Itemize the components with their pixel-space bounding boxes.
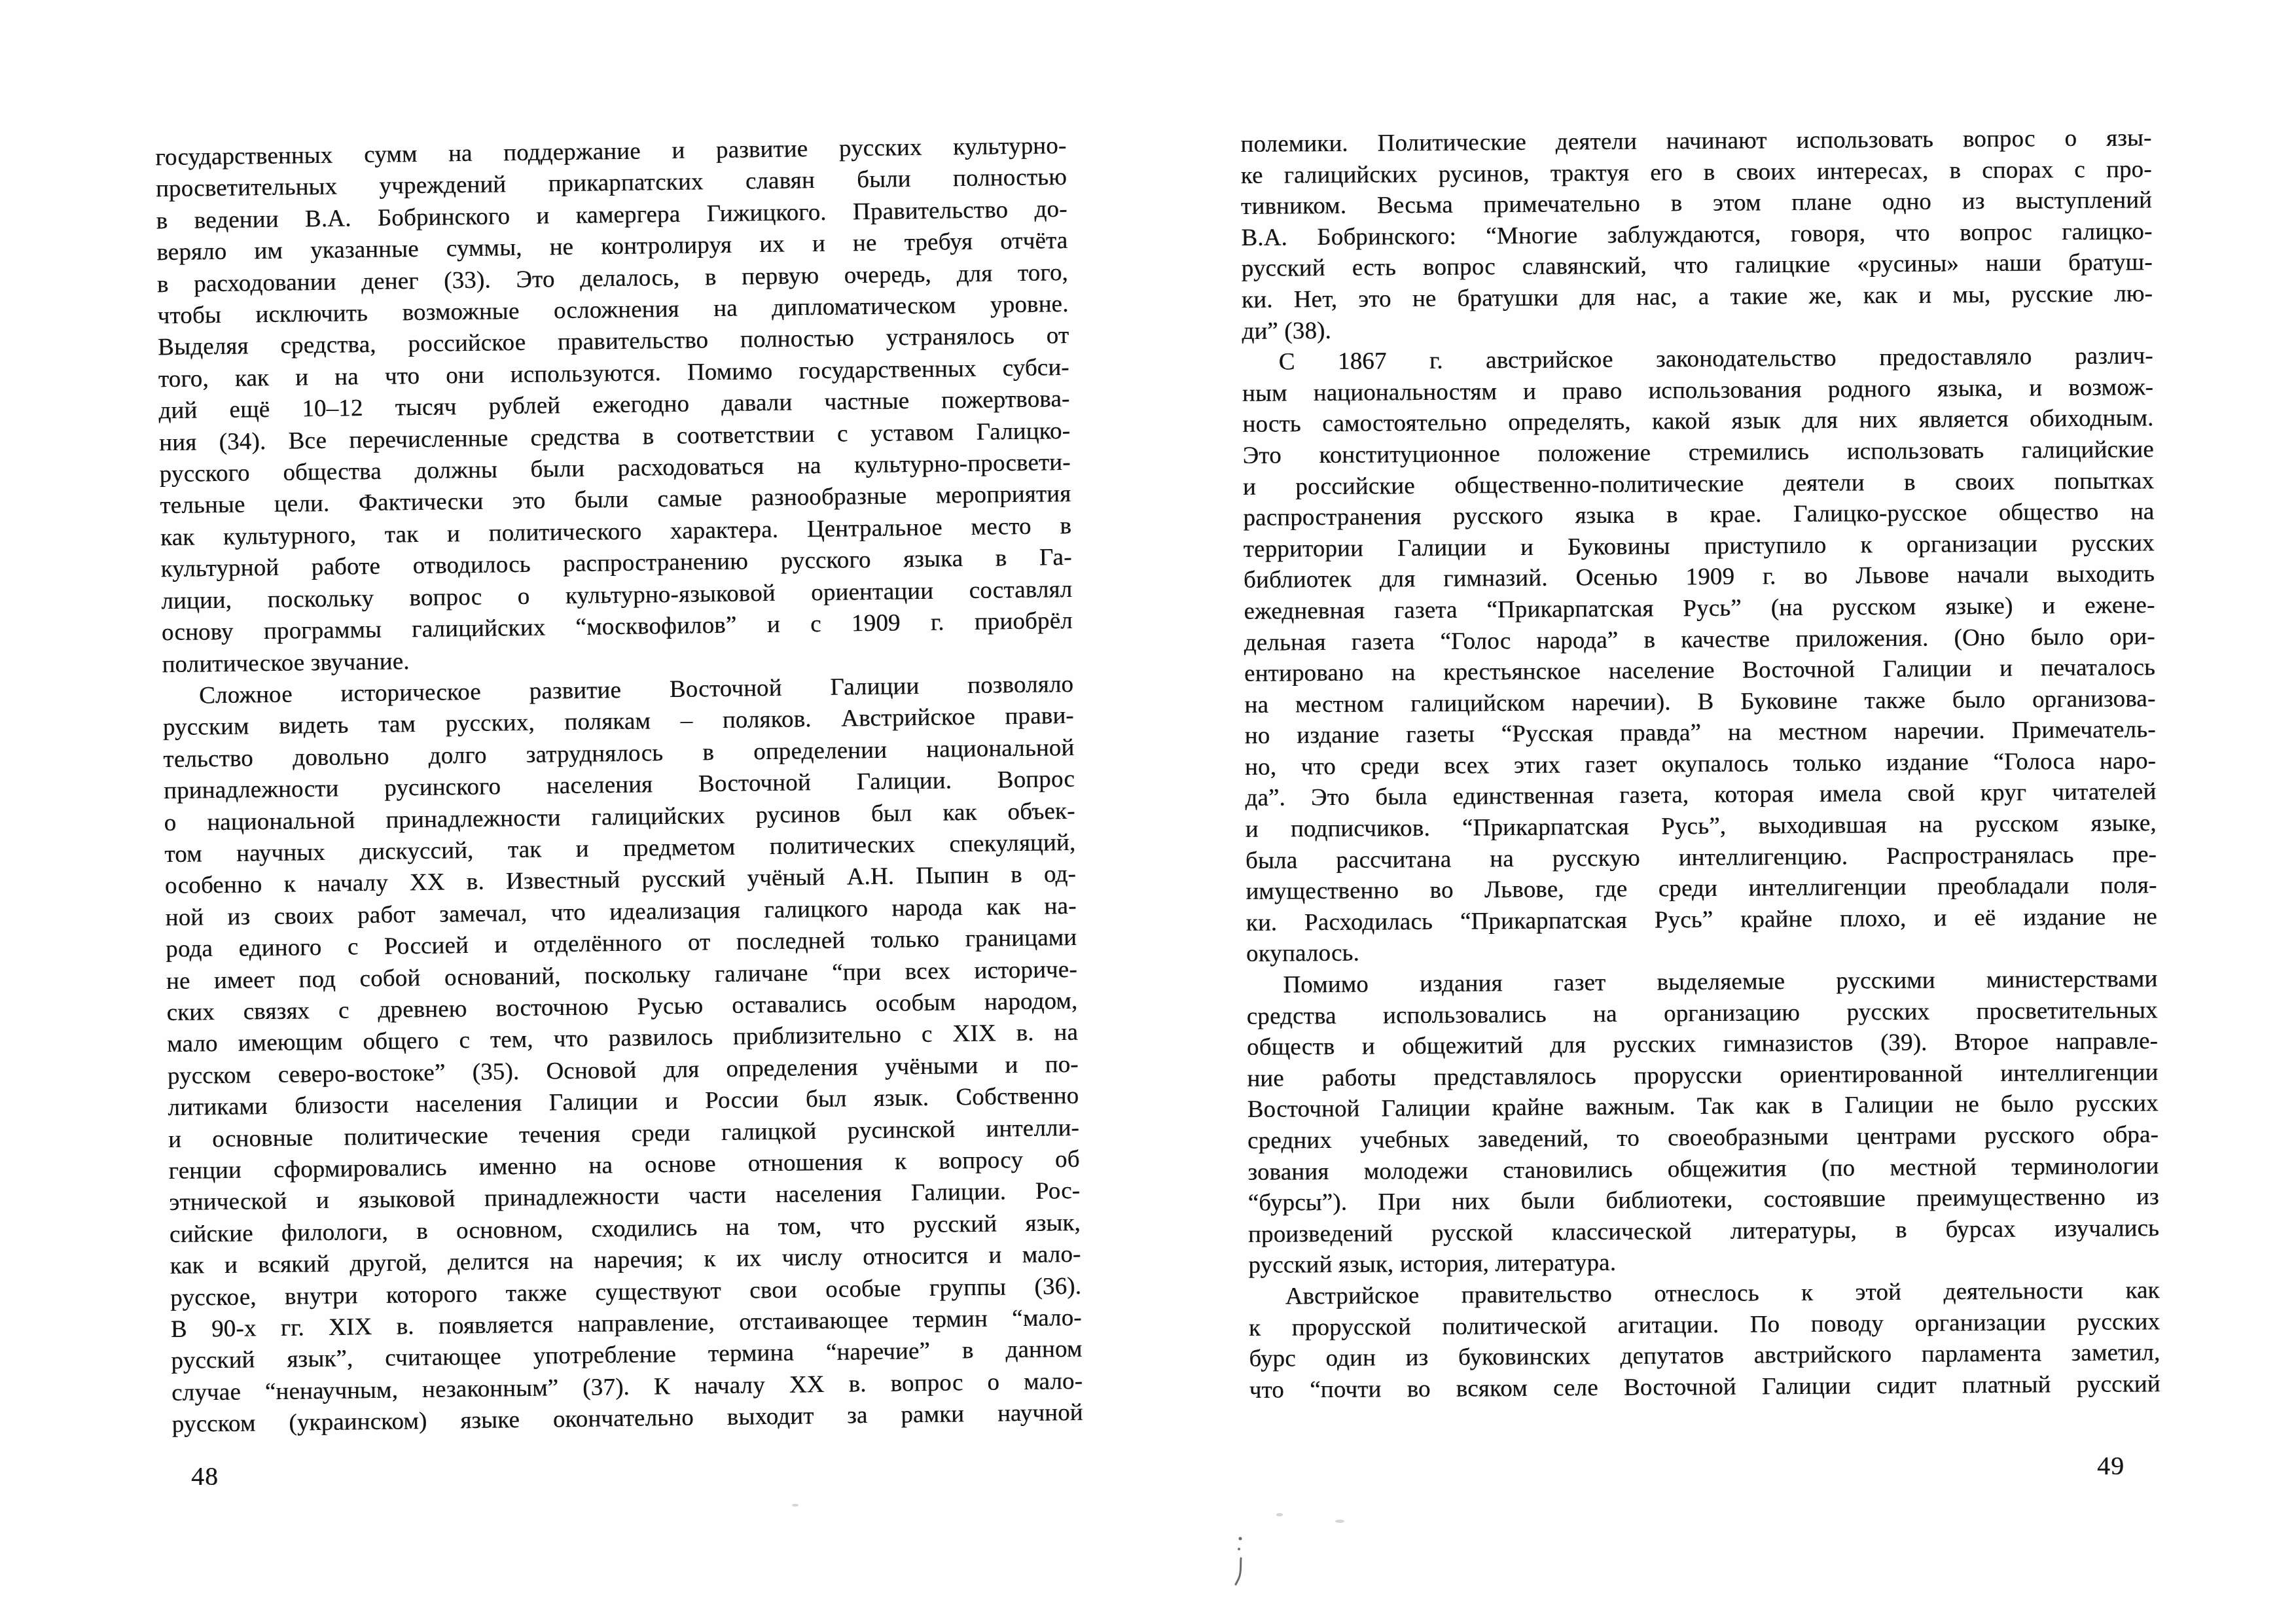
right-page-text-block: полемики. Политические деятели начинают …: [1240, 122, 2161, 1406]
right-page-number: 49: [2097, 1450, 2125, 1481]
scan-noise-speck: [1335, 1520, 1344, 1523]
scan-noise-speck: [792, 1504, 798, 1507]
right-page-lines: полемики. Политические деятели начинают …: [1240, 122, 2161, 1406]
scan-artifact-smudge: [1234, 1535, 1246, 1587]
left-page-text-block: государственных сумм на поддержание и ра…: [155, 130, 1083, 1441]
text-line: ки. Нет, это не братушки для нас, а таки…: [1242, 278, 2153, 315]
text-line: что “почти во всяком селе Восточной Гали…: [1249, 1368, 2160, 1406]
left-page-lines: государственных сумм на поддержание и ра…: [155, 130, 1083, 1441]
scan-noise-speck: [1276, 1513, 1283, 1516]
left-page-number: 48: [191, 1461, 219, 1491]
book-spread: государственных сумм на поддержание и ра…: [0, 0, 2296, 1623]
